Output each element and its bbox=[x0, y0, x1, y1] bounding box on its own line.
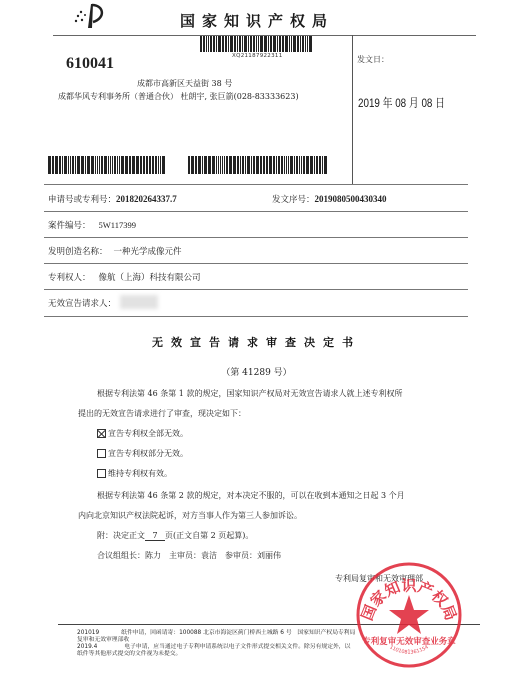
redacted-requester bbox=[120, 295, 158, 309]
dispatch-divider bbox=[352, 35, 353, 185]
serial-number-field: 发文序号：2019080500430340 bbox=[272, 193, 387, 205]
footer-electronic-instruction: 电子申请，应当通过电子专利申请系统以电子文件形式提交相关文件。除另有规定外，以 bbox=[124, 644, 350, 650]
official-seal-icon: 国家知识产权局 专利复审无效审查业务章 1101081361154 bbox=[354, 560, 464, 670]
paragraph-2-line-1: 根据专利法第 46 条第 2 款的规定，对本决定不服的，可以在收到本通知之日起 … bbox=[97, 490, 405, 501]
attachment-prefix: 附：决定正文 bbox=[97, 531, 145, 540]
case-number-label: 案件编号： bbox=[48, 221, 91, 231]
paragraph-2-line-2: 内向北京知识产权法院起诉，对方当事人作为第三人参加诉讼。 bbox=[78, 510, 302, 521]
invention-name-label: 发明创造名称： bbox=[48, 247, 108, 257]
decision-number: （第 41289 号） bbox=[0, 365, 513, 378]
row-divider bbox=[44, 263, 468, 264]
option-label: 宣告专利权全部无效。 bbox=[108, 428, 188, 439]
option-maintain-valid[interactable]: 维持专利权有效。 bbox=[97, 468, 172, 479]
case-number-value: 5W117399 bbox=[99, 220, 136, 230]
address-line-2: 成都华风专利事务所（普通合伙） 杜朗宇, 张巨箭(028-83333623) bbox=[58, 91, 299, 102]
dispatch-date-label: 发文日： bbox=[357, 54, 389, 65]
postcode: 610041 bbox=[66, 55, 114, 73]
row-divider bbox=[44, 289, 468, 290]
checkbox-unchecked[interactable] bbox=[97, 469, 106, 478]
barcode-left bbox=[48, 156, 166, 174]
attachment-line: 附：决定正文7页(正文自第 2 页起算)。 bbox=[97, 530, 253, 541]
attachment-pages: 7 bbox=[145, 531, 165, 541]
barcode-divider bbox=[44, 184, 468, 185]
cnipa-logo-icon bbox=[72, 2, 108, 30]
option-label: 宣告专利权部分无效。 bbox=[108, 448, 188, 459]
invention-name-field: 发明创造名称：一种光学成像元件 bbox=[48, 245, 182, 257]
panel-members: 合议组组长：陈力 主审员：袁洁 参审员：刘丽伟 bbox=[97, 550, 281, 561]
barcode-right bbox=[188, 156, 328, 174]
checkbox-unchecked[interactable] bbox=[97, 449, 106, 458]
patentee-label: 专利权人： bbox=[48, 273, 91, 283]
attachment-suffix: 页(正文自第 2 页起算)。 bbox=[165, 531, 253, 540]
paragraph-1-line-1: 根据专利法第 46 条第 1 款的规定，国家知识产权局对无效宣告请求人就上述专利… bbox=[97, 388, 402, 399]
serial-number-label: 发文序号： bbox=[272, 195, 315, 205]
barcode-text: XQ21187922311 bbox=[232, 53, 283, 59]
option-label: 维持专利权有效。 bbox=[108, 468, 172, 479]
option-invalid-partial[interactable]: 宣告专利权部分无效。 bbox=[97, 448, 188, 459]
option-invalid-all[interactable]: 宣告专利权全部无效。 bbox=[97, 428, 188, 439]
case-number-field: 案件编号：5W117399 bbox=[48, 219, 136, 231]
row-divider bbox=[44, 211, 468, 212]
patentee-field: 专利权人：像航（上海）科技有限公司 bbox=[48, 271, 201, 283]
footer-code-1: 201019 bbox=[77, 630, 99, 636]
checkbox-checked[interactable] bbox=[97, 429, 106, 438]
application-number-value: 201820264337.7 bbox=[116, 194, 177, 204]
address-line-1: 成都市高新区天益街 38 号 bbox=[137, 78, 232, 89]
row-divider bbox=[44, 316, 468, 317]
paragraph-1-line-2: 提出的无效宣告请求进行了审查，现决定如下： bbox=[78, 408, 246, 419]
footer-mail-instruction: 纸件申请，回函请寄：100088 北京市海淀区蓟门桥西土城路 6 号 国家知识产… bbox=[121, 630, 355, 636]
row-divider bbox=[44, 237, 468, 238]
application-number-label: 申请号或专利号： bbox=[48, 195, 116, 205]
mail-barcode bbox=[200, 36, 313, 52]
agency-name: 国家知识产权局 bbox=[180, 10, 334, 31]
patentee-value: 像航（上海）科技有限公司 bbox=[99, 273, 201, 283]
requester-field: 无效宣告请求人： bbox=[48, 297, 116, 309]
footer-code-2: 2019.4 bbox=[77, 644, 97, 650]
invention-name-value: 一种光学成像元件 bbox=[114, 247, 182, 257]
requester-label: 无效宣告请求人： bbox=[48, 299, 116, 309]
serial-number-value: 2019080500430340 bbox=[315, 194, 387, 204]
application-number-field: 申请号或专利号：201820264337.7 bbox=[48, 193, 177, 205]
decision-title: 无效宣告请求审查决定书 bbox=[0, 334, 513, 350]
dispatch-date: 2019 年 08 月 08 日 bbox=[358, 94, 445, 111]
svg-text:专利复审无效审查业务章: 专利复审无效审查业务章 bbox=[362, 636, 456, 647]
